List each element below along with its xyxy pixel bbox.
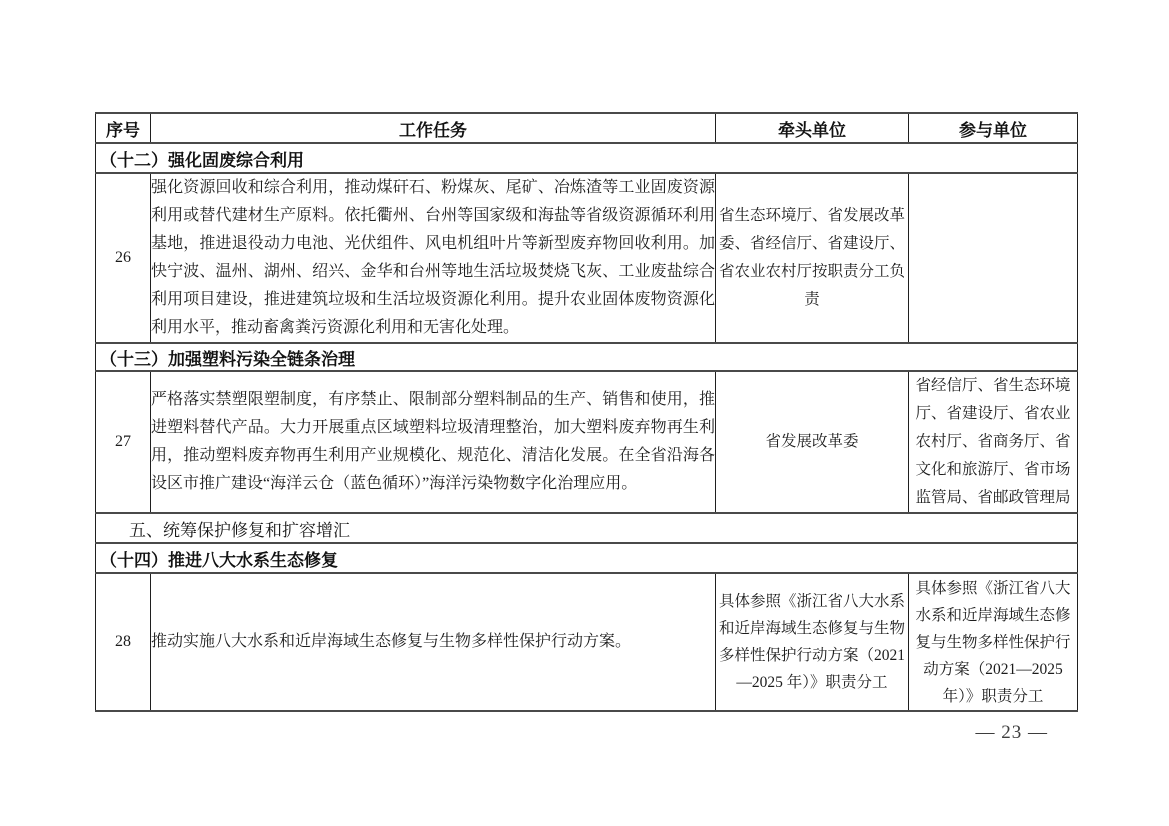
section-row-14: （十四）推进八大水系生态修复 bbox=[96, 543, 1078, 573]
header-cell-lead: 牵头单位 bbox=[716, 113, 909, 143]
section-row-5: 五、统筹保护修复和扩容增汇 bbox=[96, 513, 1078, 543]
row-28-participants: 具体参照《浙江省八大水系和近岸海域生态修复与生物多样性保护行动方案（2021—2… bbox=[909, 573, 1078, 711]
row-26-no: 26 bbox=[96, 173, 151, 343]
row-27-lead-unit: 省发展改革委 bbox=[716, 371, 909, 513]
task-table: 序号 工作任务 牵头单位 参与单位 （十二）强化固废综合利用 26 强化资源回收… bbox=[95, 112, 1078, 712]
section-title-5: 五、统筹保护修复和扩容增汇 bbox=[96, 513, 1078, 543]
row-27-participants: 省经信厅、省生态环境厅、省建设厅、省农业农村厅、省商务厅、省文化和旅游厅、省市场… bbox=[909, 371, 1078, 513]
row-26-lead-unit: 省生态环境厅、省发展改革委、省经信厅、省建设厅、省农业农村厅按职责分工负责 bbox=[716, 173, 909, 343]
row-28-lead-unit: 具体参照《浙江省八大水系和近岸海域生态修复与生物多样性保护行动方案（2021—2… bbox=[716, 573, 909, 711]
table-row-28: 28 推动实施八大水系和近岸海域生态修复与生物多样性保护行动方案。 具体参照《浙… bbox=[96, 573, 1078, 711]
section-row-13: （十三）加强塑料污染全链条治理 bbox=[96, 343, 1078, 371]
section-title-13: （十三）加强塑料污染全链条治理 bbox=[96, 343, 1078, 371]
row-27-task: 严格落实禁塑限塑制度，有序禁止、限制部分塑料制品的生产、销售和使用，推进塑料替代… bbox=[151, 371, 716, 513]
row-27-no: 27 bbox=[96, 371, 151, 513]
document-page: 序号 工作任务 牵头单位 参与单位 （十二）强化固废综合利用 26 强化资源回收… bbox=[0, 0, 1169, 826]
table-header-row: 序号 工作任务 牵头单位 参与单位 bbox=[96, 113, 1078, 143]
header-cell-task: 工作任务 bbox=[151, 113, 716, 143]
table-row-27: 27 严格落实禁塑限塑制度，有序禁止、限制部分塑料制品的生产、销售和使用，推进塑… bbox=[96, 371, 1078, 513]
row-28-task: 推动实施八大水系和近岸海域生态修复与生物多样性保护行动方案。 bbox=[151, 573, 716, 711]
row-26-participants bbox=[909, 173, 1078, 343]
section-title-14: （十四）推进八大水系生态修复 bbox=[96, 543, 1078, 573]
row-28-no: 28 bbox=[96, 573, 151, 711]
section-row-12: （十二）强化固废综合利用 bbox=[96, 143, 1078, 173]
header-cell-no: 序号 bbox=[96, 113, 151, 143]
row-26-task: 强化资源回收和综合利用，推动煤矸石、粉煤灰、尾矿、冶炼渣等工业固废资源利用或替代… bbox=[151, 173, 716, 343]
header-cell-participants: 参与单位 bbox=[909, 113, 1078, 143]
page-number: — 23 — bbox=[976, 722, 1049, 744]
table-row-26: 26 强化资源回收和综合利用，推动煤矸石、粉煤灰、尾矿、冶炼渣等工业固废资源利用… bbox=[96, 173, 1078, 343]
section-title-12: （十二）强化固废综合利用 bbox=[96, 143, 1078, 173]
